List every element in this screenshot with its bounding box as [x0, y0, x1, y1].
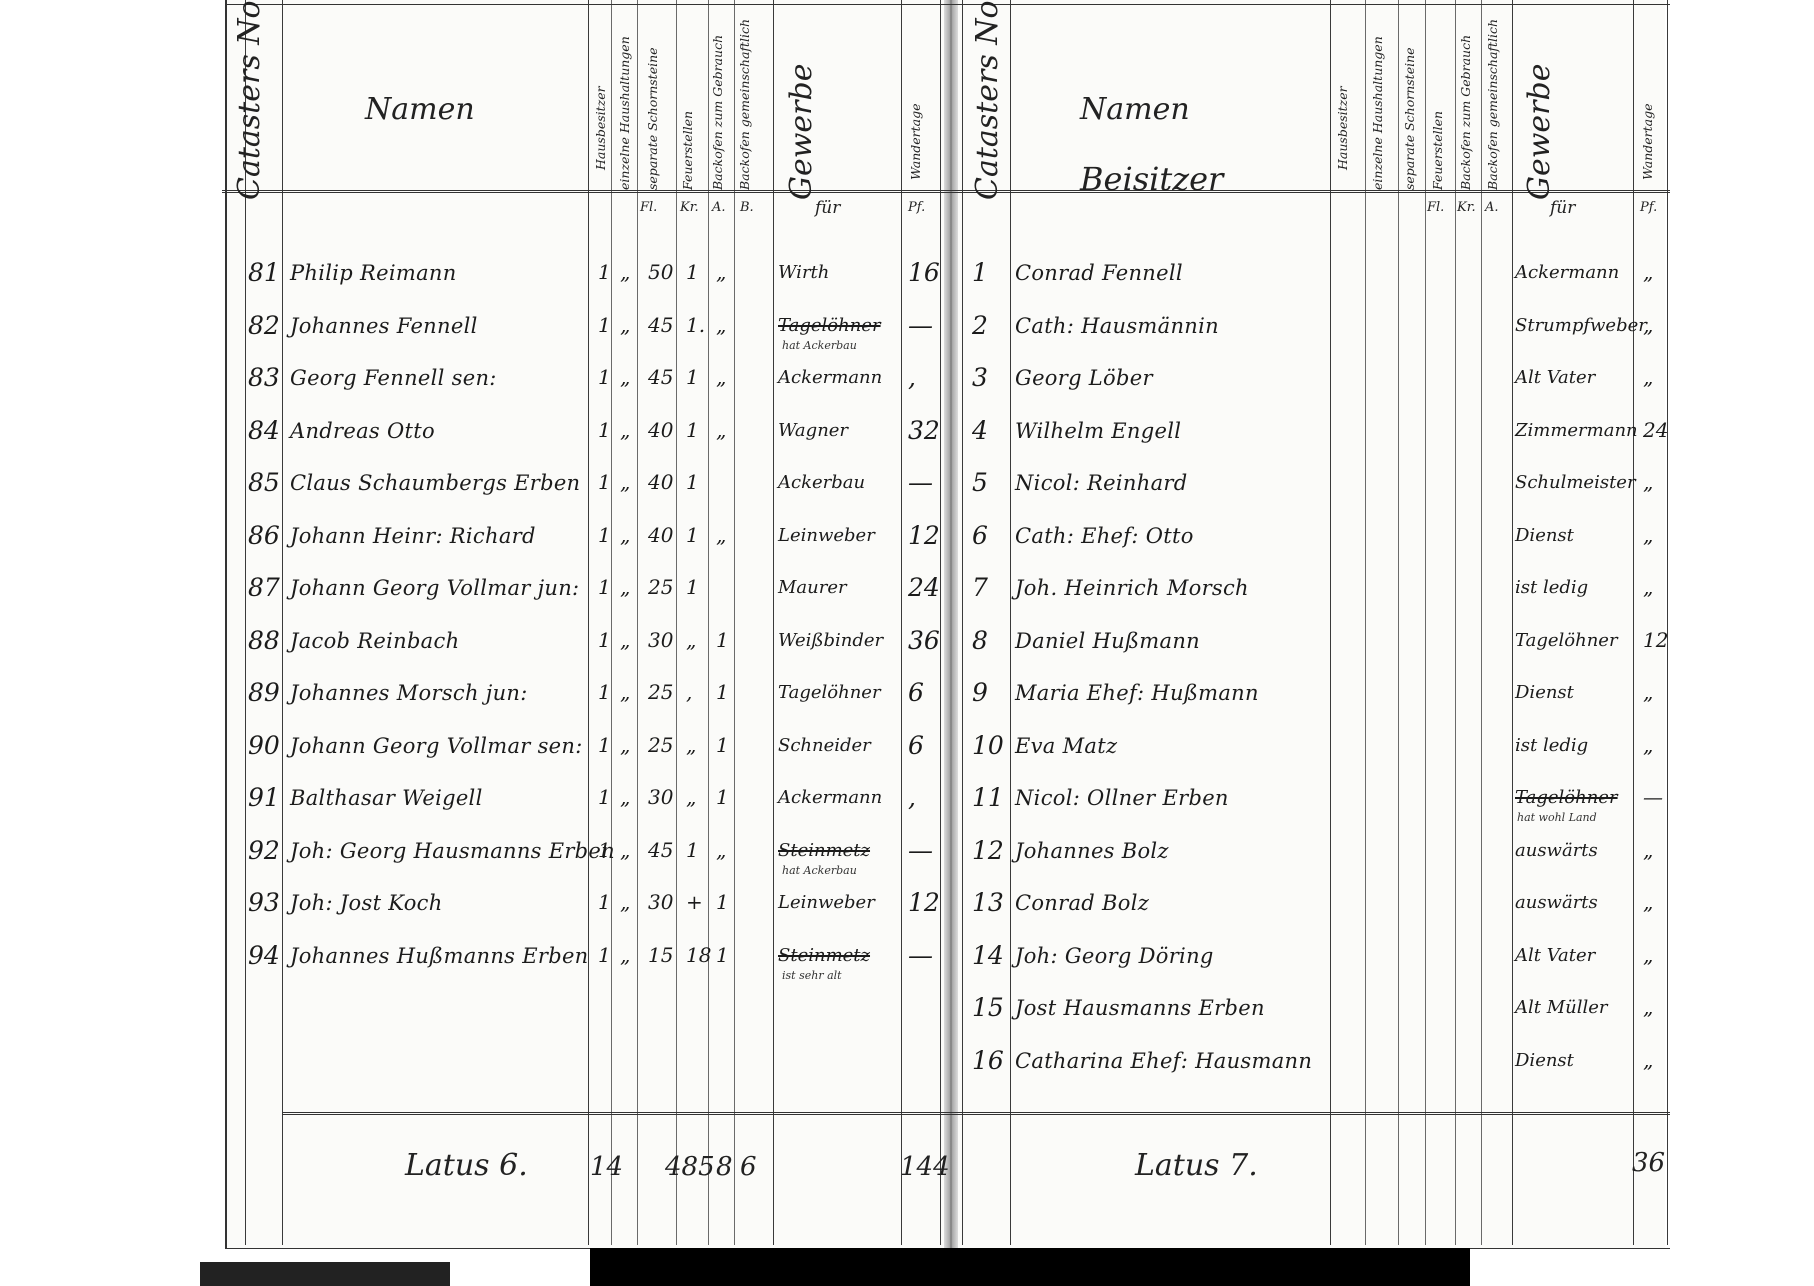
- row-col-a: 1: [686, 470, 699, 494]
- row-hausbesitzer: 1: [598, 313, 611, 337]
- rule: [773, 0, 774, 1245]
- rule: [734, 0, 735, 1245]
- row-trade: Ackermann: [1515, 262, 1619, 283]
- row-cataster-no: 83: [248, 363, 280, 392]
- left-page-total-label: Latus 6.: [405, 1148, 528, 1183]
- row-cataster-no: 15: [972, 993, 1004, 1022]
- rule: [676, 0, 677, 1245]
- row-value: ,: [908, 363, 916, 392]
- row-value: 16: [908, 258, 940, 287]
- row-trade: Alt Müller: [1515, 997, 1608, 1018]
- row-col-a: 1.: [686, 313, 705, 337]
- row-name: Conrad Bolz: [1015, 891, 1149, 915]
- row-value: ,: [908, 783, 916, 812]
- row-cataster-no: 2: [972, 311, 988, 340]
- row-value: „: [1643, 995, 1653, 1019]
- row-cataster-no: 12: [972, 836, 1004, 865]
- row-value: —: [908, 468, 933, 497]
- row-col-b: 1: [716, 890, 729, 914]
- row-name: Catharina Ehef: Hausmann: [1015, 1049, 1312, 1073]
- row-einzelne: „: [620, 470, 630, 494]
- left-total-s1: 8: [716, 1152, 733, 1182]
- row-col-b: „: [716, 418, 726, 442]
- row-value: „: [1643, 733, 1653, 757]
- rule: [588, 0, 589, 1245]
- row-einzelne: „: [620, 838, 630, 862]
- row-cataster-no: 1: [972, 258, 988, 287]
- row-fl: 25: [648, 733, 673, 757]
- row-name: Philip Reimann: [290, 261, 457, 285]
- row-col-a: 1: [686, 575, 699, 599]
- header-cataster-no: Catasters No: [232, 0, 267, 200]
- row-cataster-no: 7: [972, 573, 988, 602]
- row-cataster-no: 81: [248, 258, 280, 287]
- row-col-b: 1: [716, 943, 729, 967]
- header-gewerbe-right: Gewerbe: [1522, 64, 1557, 200]
- row-name: Jacob Reinbach: [290, 629, 459, 653]
- row-trade: Leinweber: [778, 892, 875, 913]
- row-col-b: „: [716, 260, 726, 284]
- binding-shadow: [590, 1248, 1470, 1286]
- header-separate-schornsteine: separate Schornsteine: [645, 47, 660, 190]
- scanned-register-spread: Catasters No Namen Hausbesitzer einzelne…: [0, 0, 1814, 1286]
- row-trade-note: hat Ackerbau: [782, 339, 857, 352]
- row-einzelne: „: [620, 365, 630, 389]
- unit-pf: Pf.: [908, 200, 925, 215]
- row-fl: 30: [648, 890, 673, 914]
- row-col-b: 1: [716, 680, 729, 704]
- rule: [1365, 0, 1366, 1245]
- row-name: Johannes Morsch jun:: [290, 681, 528, 705]
- header-einzelne-haushaltungen-right: einzelne Haushaltungen: [1370, 36, 1385, 190]
- row-trade: Maurer: [778, 577, 847, 598]
- row-cataster-no: 11: [972, 783, 1004, 812]
- row-col-a: 18: [686, 943, 711, 967]
- row-einzelne: „: [620, 943, 630, 967]
- row-trade: Strumpfweber: [1515, 315, 1647, 336]
- row-col-b: „: [716, 838, 726, 862]
- row-trade: auswärts: [1515, 840, 1598, 861]
- row-value: —: [1643, 785, 1663, 809]
- row-name: Georg Fennell sen:: [290, 366, 497, 390]
- row-name: Joh: Georg Döring: [1015, 944, 1214, 968]
- row-value: „: [1643, 680, 1653, 704]
- row-trade: Dienst: [1515, 525, 1574, 546]
- row-value: 12: [1643, 628, 1668, 652]
- row-name: Eva Matz: [1015, 734, 1117, 758]
- left-total-val: 144: [900, 1152, 950, 1182]
- row-col-a: „: [686, 785, 696, 809]
- row-name: Nicol: Reinhard: [1015, 471, 1187, 495]
- header-backofen-gebrauch-right: Backofen zum Gebrauch: [1458, 35, 1473, 190]
- row-name: Johannes Fennell: [290, 314, 478, 338]
- rule: [637, 0, 638, 1245]
- row-cataster-no: 88: [248, 626, 280, 655]
- header-separate-schornsteine-right: separate Schornsteine: [1402, 47, 1417, 190]
- row-einzelne: „: [620, 418, 630, 442]
- binding-shadow: [200, 1262, 450, 1286]
- row-cataster-no: 3: [972, 363, 988, 392]
- row-trade: Weißbinder: [778, 630, 883, 651]
- row-name: Maria Ehef: Hußmann: [1015, 681, 1259, 705]
- row-trade-note: ist sehr alt: [782, 969, 842, 982]
- row-cataster-no: 89: [248, 678, 280, 707]
- row-trade: Leinweber: [778, 525, 875, 546]
- row-name: Joh: Georg Hausmanns Erben: [290, 839, 615, 863]
- row-cataster-no: 13: [972, 888, 1004, 917]
- row-trade: Schulmeister: [1515, 472, 1636, 493]
- row-name: Conrad Fennell: [1015, 261, 1183, 285]
- rule: [940, 0, 941, 1245]
- header-einzelne-haushaltungen: einzelne Haushaltungen: [617, 36, 632, 190]
- row-einzelne: „: [620, 785, 630, 809]
- row-name: Johannes Bolz: [1015, 839, 1169, 863]
- row-value: 12: [908, 888, 940, 917]
- row-cataster-no: 90: [248, 731, 280, 760]
- row-hausbesitzer: 1: [598, 628, 611, 652]
- row-name: Joh: Jost Koch: [290, 891, 443, 915]
- row-value: 6: [908, 731, 924, 760]
- row-trade: auswärts: [1515, 892, 1598, 913]
- row-fl: 40: [648, 523, 673, 547]
- row-hausbesitzer: 1: [598, 365, 611, 389]
- row-col-a: 1: [686, 838, 699, 862]
- row-name: Nicol: Ollner Erben: [1015, 786, 1229, 810]
- row-value: 12: [908, 521, 940, 550]
- unit-a-right: A.: [1485, 200, 1499, 215]
- row-value: „: [1643, 1048, 1653, 1072]
- row-name: Cath: Hausmännin: [1015, 314, 1219, 338]
- row-hausbesitzer: 1: [598, 890, 611, 914]
- row-value: 32: [908, 416, 940, 445]
- row-cataster-no: 14: [972, 941, 1004, 970]
- row-name: Balthasar Weigell: [290, 786, 483, 810]
- row-cataster-no: 16: [972, 1046, 1004, 1075]
- row-cataster-no: 5: [972, 468, 988, 497]
- row-name: Claus Schaumbergs Erben: [290, 471, 580, 495]
- row-col-b: 1: [716, 733, 729, 757]
- header-backofen-gemeinschaft: Backofen gemeinschaftlich: [737, 19, 752, 190]
- header-hausbesitzer: Hausbesitzer: [593, 86, 608, 170]
- row-trade: ist ledig: [1515, 577, 1588, 598]
- row-value: „: [1643, 470, 1653, 494]
- row-value: —: [908, 311, 933, 340]
- row-cataster-no: 9: [972, 678, 988, 707]
- row-einzelne: „: [620, 260, 630, 284]
- rule: [1667, 0, 1668, 1245]
- row-col-a: +: [686, 890, 703, 914]
- row-value: „: [1643, 260, 1653, 284]
- row-cataster-no: 94: [248, 941, 280, 970]
- left-total-fl: 485: [665, 1152, 715, 1182]
- left-total-haus: 14: [590, 1152, 623, 1182]
- row-hausbesitzer: 1: [598, 260, 611, 284]
- row-col-b: 1: [716, 785, 729, 809]
- row-einzelne: „: [620, 890, 630, 914]
- row-col-a: 1: [686, 418, 699, 442]
- row-value: —: [908, 836, 933, 865]
- row-value: —: [908, 941, 933, 970]
- row-trade: Tagelöhner: [1515, 787, 1618, 808]
- row-trade-note: hat wohl Land: [1517, 811, 1597, 824]
- row-name: Georg Löber: [1015, 366, 1153, 390]
- rule: [1512, 0, 1513, 1245]
- row-trade: Alt Vater: [1515, 945, 1595, 966]
- row-trade: Wagner: [778, 420, 848, 441]
- row-col-b: „: [716, 365, 726, 389]
- row-name: Joh. Heinrich Morsch: [1015, 576, 1249, 600]
- row-cataster-no: 93: [248, 888, 280, 917]
- row-cataster-no: 92: [248, 836, 280, 865]
- row-value: 36: [908, 626, 940, 655]
- row-hausbesitzer: 1: [598, 575, 611, 599]
- row-cataster-no: 82: [248, 311, 280, 340]
- row-fl: 30: [648, 785, 673, 809]
- row-value: „: [1643, 523, 1653, 547]
- row-name: Daniel Hußmann: [1015, 629, 1200, 653]
- row-name: Johann Heinr: Richard: [290, 524, 536, 548]
- row-fl: 50: [648, 260, 673, 284]
- row-trade: Steinmetz: [778, 945, 870, 966]
- row-col-b: 1: [716, 628, 729, 652]
- row-name: Andreas Otto: [290, 419, 435, 443]
- row-trade: Ackermann: [778, 367, 882, 388]
- unit-fl: Fl.: [640, 200, 657, 215]
- header-gewerbe-sub-right: für: [1550, 198, 1575, 218]
- row-cataster-no: 86: [248, 521, 280, 550]
- row-value: 6: [908, 678, 924, 707]
- rule: [962, 0, 963, 1245]
- row-cataster-no: 8: [972, 626, 988, 655]
- header-hausbesitzer-right: Hausbesitzer: [1335, 86, 1350, 170]
- row-value: 24: [1643, 418, 1668, 442]
- header-gewerbe: Gewerbe: [784, 64, 819, 200]
- unit-fl-right: Fl.: [1427, 200, 1444, 215]
- row-fl: 15: [648, 943, 673, 967]
- unit-b: B.: [740, 200, 754, 215]
- row-einzelne: „: [620, 523, 630, 547]
- header-rule: [222, 190, 1670, 193]
- row-trade: Wirth: [778, 262, 829, 283]
- row-trade-note: hat Ackerbau: [782, 864, 857, 877]
- row-col-a: 1: [686, 260, 699, 284]
- header-backofen-gebrauch: Backofen zum Gebrauch: [710, 35, 725, 190]
- header-wandertage-right: Wandertage: [1640, 103, 1655, 180]
- rule: [1455, 0, 1456, 1245]
- header-backofen-gemeinschaft-right: Backofen gemeinschaftlich: [1485, 19, 1500, 190]
- row-cataster-no: 84: [248, 416, 280, 445]
- row-value: 24: [908, 573, 940, 602]
- header-name-right: Namen: [1080, 92, 1190, 127]
- rule: [1010, 0, 1011, 1245]
- row-value: „: [1643, 313, 1653, 337]
- row-trade: Ackerbau: [778, 472, 865, 493]
- row-name: Johann Georg Vollmar jun:: [290, 576, 579, 600]
- unit-a: A.: [712, 200, 726, 215]
- header-feuerstellen: Feuerstellen: [680, 111, 695, 190]
- row-einzelne: „: [620, 628, 630, 652]
- row-value: „: [1643, 838, 1653, 862]
- header-cataster-no-right: Catasters No: [970, 0, 1005, 200]
- row-value: „: [1643, 575, 1653, 599]
- right-total-val: 36: [1632, 1148, 1665, 1178]
- row-name: Cath: Ehef: Otto: [1015, 524, 1194, 548]
- row-einzelne: „: [620, 733, 630, 757]
- row-trade: Schneider: [778, 735, 871, 756]
- row-name: Jost Hausmanns Erben: [1015, 996, 1265, 1020]
- row-trade: ist ledig: [1515, 735, 1588, 756]
- row-trade: Tagelöhner: [778, 315, 881, 336]
- row-trade: Tagelöhner: [1515, 630, 1618, 651]
- row-col-a: 1: [686, 365, 699, 389]
- row-einzelne: „: [620, 680, 630, 704]
- row-hausbesitzer: 1: [598, 733, 611, 757]
- rule: [1481, 0, 1482, 1245]
- rule: [901, 0, 902, 1245]
- row-trade: Ackermann: [778, 787, 882, 808]
- row-trade: Steinmetz: [778, 840, 870, 861]
- rule: [1425, 0, 1426, 1245]
- unit-kr: Kr.: [680, 200, 699, 215]
- row-hausbesitzer: 1: [598, 680, 611, 704]
- row-cataster-no: 87: [248, 573, 280, 602]
- row-col-a: ,: [686, 680, 692, 704]
- total-rule: [282, 1112, 1670, 1115]
- row-name: Johann Georg Vollmar sen:: [290, 734, 583, 758]
- row-hausbesitzer: 1: [598, 785, 611, 809]
- row-col-b: „: [716, 313, 726, 337]
- header-name: Namen: [365, 92, 475, 127]
- row-value: „: [1643, 943, 1653, 967]
- row-hausbesitzer: 1: [598, 943, 611, 967]
- rule: [708, 0, 709, 1245]
- book-gutter: [944, 0, 958, 1248]
- rule: [1330, 0, 1331, 1245]
- header-feuerstellen-right: Feuerstellen: [1430, 111, 1445, 190]
- header-wandertage: Wandertage: [908, 103, 923, 180]
- row-cataster-no: 85: [248, 468, 280, 497]
- rule: [282, 0, 283, 1245]
- unit-pf-right: Pf.: [1640, 200, 1657, 215]
- row-trade: Alt Vater: [1515, 367, 1595, 388]
- row-cataster-no: 6: [972, 521, 988, 550]
- row-col-a: 1: [686, 523, 699, 547]
- right-page-total-label: Latus 7.: [1135, 1148, 1258, 1183]
- row-hausbesitzer: 1: [598, 838, 611, 862]
- row-fl: 25: [648, 680, 673, 704]
- row-einzelne: „: [620, 313, 630, 337]
- header-beisitzer: Beisitzer: [1080, 160, 1223, 198]
- left-total-s2: 6: [740, 1152, 757, 1182]
- row-col-a: „: [686, 733, 696, 757]
- row-name: Johannes Hußmanns Erben: [290, 944, 589, 968]
- row-cataster-no: 4: [972, 416, 988, 445]
- row-col-a: „: [686, 628, 696, 652]
- row-cataster-no: 10: [972, 731, 1004, 760]
- row-trade: Tagelöhner: [778, 682, 881, 703]
- row-fl: 40: [648, 470, 673, 494]
- row-trade: Dienst: [1515, 682, 1574, 703]
- row-trade: Zimmermann: [1515, 420, 1638, 441]
- row-hausbesitzer: 1: [598, 418, 611, 442]
- row-fl: 45: [648, 838, 673, 862]
- row-hausbesitzer: 1: [598, 470, 611, 494]
- row-value: „: [1643, 365, 1653, 389]
- unit-kr-right: Kr.: [1457, 200, 1476, 215]
- row-name: Wilhelm Engell: [1015, 419, 1181, 443]
- row-einzelne: „: [620, 575, 630, 599]
- row-fl: 40: [648, 418, 673, 442]
- row-cataster-no: 91: [248, 783, 280, 812]
- row-fl: 45: [648, 313, 673, 337]
- rule: [1633, 0, 1634, 1245]
- row-fl: 45: [648, 365, 673, 389]
- row-fl: 30: [648, 628, 673, 652]
- row-value: „: [1643, 890, 1653, 914]
- top-rule: [225, 4, 1670, 5]
- header-gewerbe-sub: für: [815, 198, 840, 218]
- row-hausbesitzer: 1: [598, 523, 611, 547]
- row-fl: 25: [648, 575, 673, 599]
- rule: [611, 0, 612, 1245]
- rule: [1398, 0, 1399, 1245]
- row-col-b: „: [716, 523, 726, 547]
- row-trade: Dienst: [1515, 1050, 1574, 1071]
